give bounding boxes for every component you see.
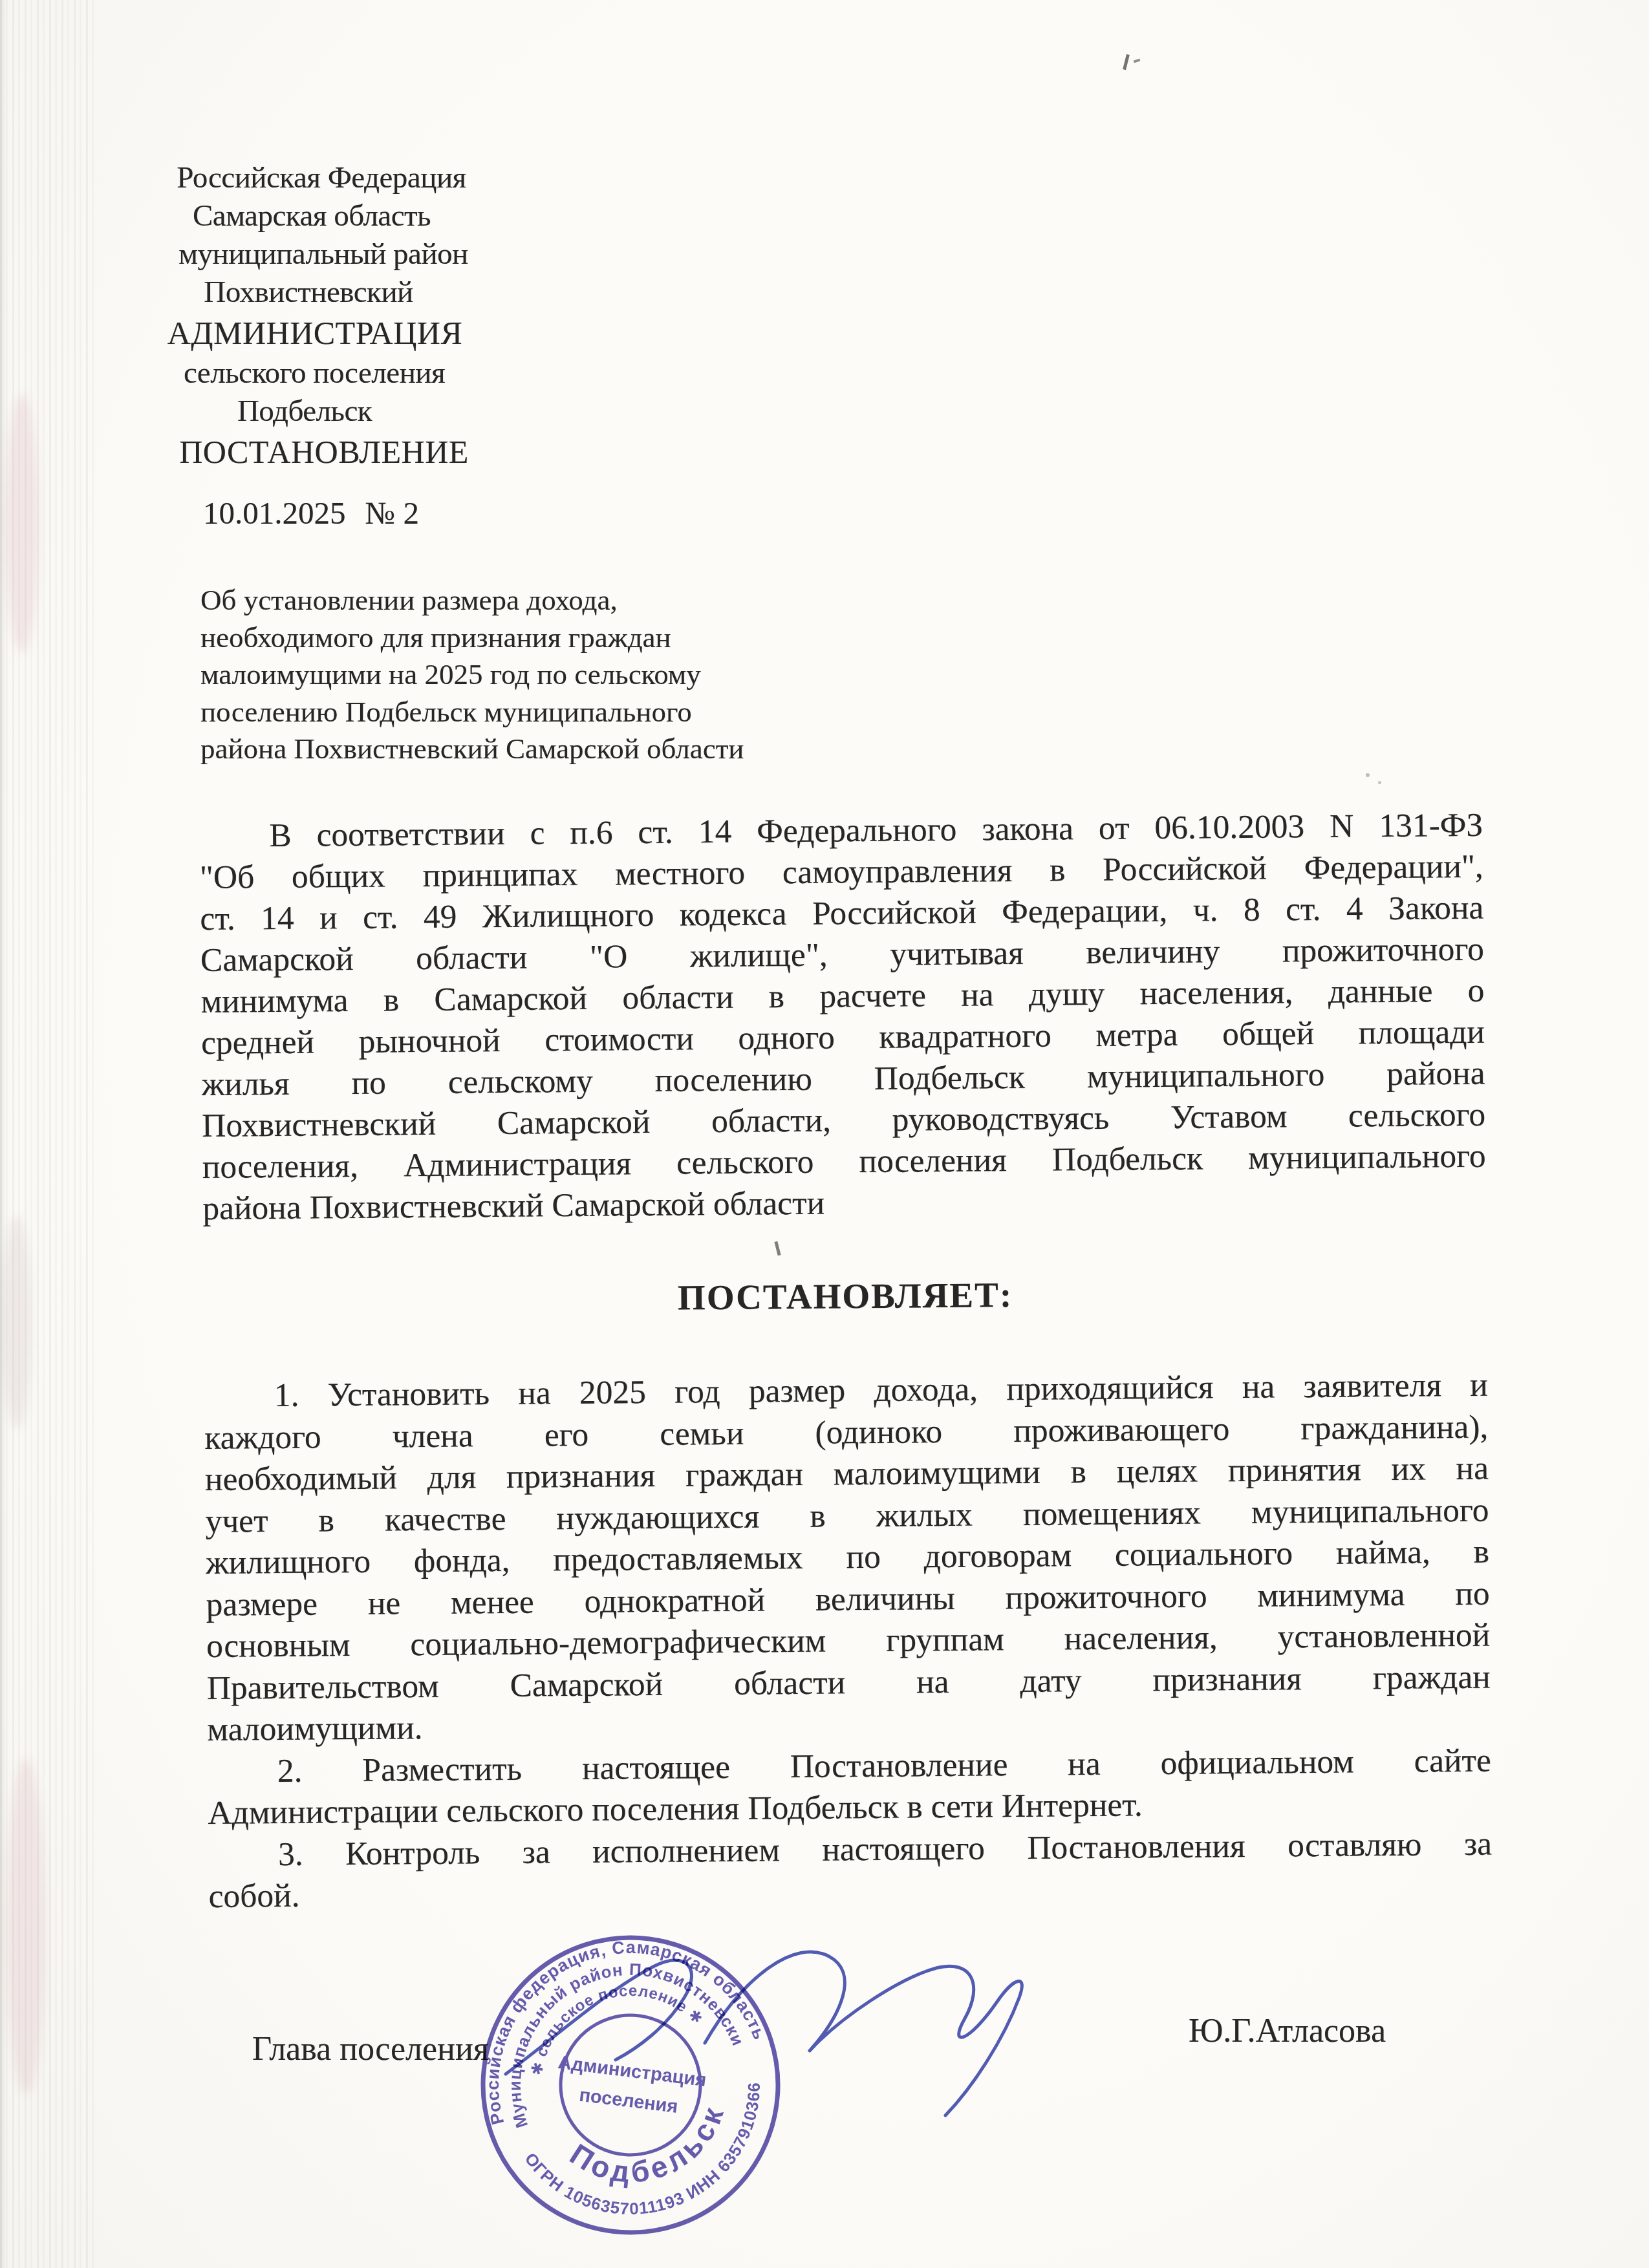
scanned-document-page: Российская Федерация Самарская область м…	[0, 0, 1649, 2268]
scan-edge-streaks	[0, 0, 97, 2268]
document-body: В соответствии с п.6 ст. 14 Федерального…	[199, 805, 1493, 1918]
scan-smudge	[5, 394, 39, 653]
subject-line: необходимого для признания граждан	[200, 619, 834, 657]
preamble-paragraph: В соответствии с п.6 ст. 14 Федерального…	[199, 805, 1487, 1230]
subject-line: малоимущими на 2025 год по сельскому	[200, 656, 834, 694]
subject-line: района Похвистневский Самарской области	[200, 731, 834, 768]
subject-line: поселению Подбельск муниципального	[200, 694, 834, 731]
scan-smudge	[3, 1215, 31, 1429]
letterhead-district-name: Похвистневский	[156, 273, 460, 312]
letterhead: Российская Федерация Самарская область м…	[169, 159, 473, 473]
document-date-number: 10.01.2025 № 2	[203, 495, 419, 531]
resolution-heading: ПОСТАНОВЛЯЕТ:	[203, 1270, 1487, 1327]
scan-speck	[1378, 781, 1381, 784]
subject-line: Об установлении размера дохода,	[200, 582, 834, 619]
letterhead-country: Российская Федерация	[169, 159, 473, 197]
signer-name: Ю.Г.Атласова	[1189, 2012, 1386, 2050]
scan-speck	[1366, 773, 1370, 777]
scan-speck	[1123, 54, 1130, 70]
signature-stroke	[506, 1960, 691, 2074]
document-date: 10.01.2025	[203, 495, 346, 531]
letterhead-region: Самарская область	[160, 197, 464, 235]
resolution-items: 1. Установить на 2025 год размер дохода,…	[204, 1365, 1493, 1918]
scan-smudge	[6, 1759, 45, 2095]
signature-stroke	[705, 1952, 1022, 2115]
letterhead-settlement-label: сельского поселения	[162, 354, 466, 392]
document-number: № 2	[365, 495, 420, 531]
scan-speck	[1134, 59, 1141, 63]
letterhead-settlement-name: Подбельск	[153, 392, 457, 431]
handwritten-signature	[453, 1914, 1061, 2134]
document-type-title: ПОСТАНОВЛЕНИЕ	[172, 431, 476, 473]
document-subject: Об установлении размера дохода, необходи…	[200, 582, 834, 768]
letterhead-administration: АДМИНИСТРАЦИЯ	[163, 312, 467, 354]
letterhead-district-label: муниципальный район	[171, 235, 475, 273]
